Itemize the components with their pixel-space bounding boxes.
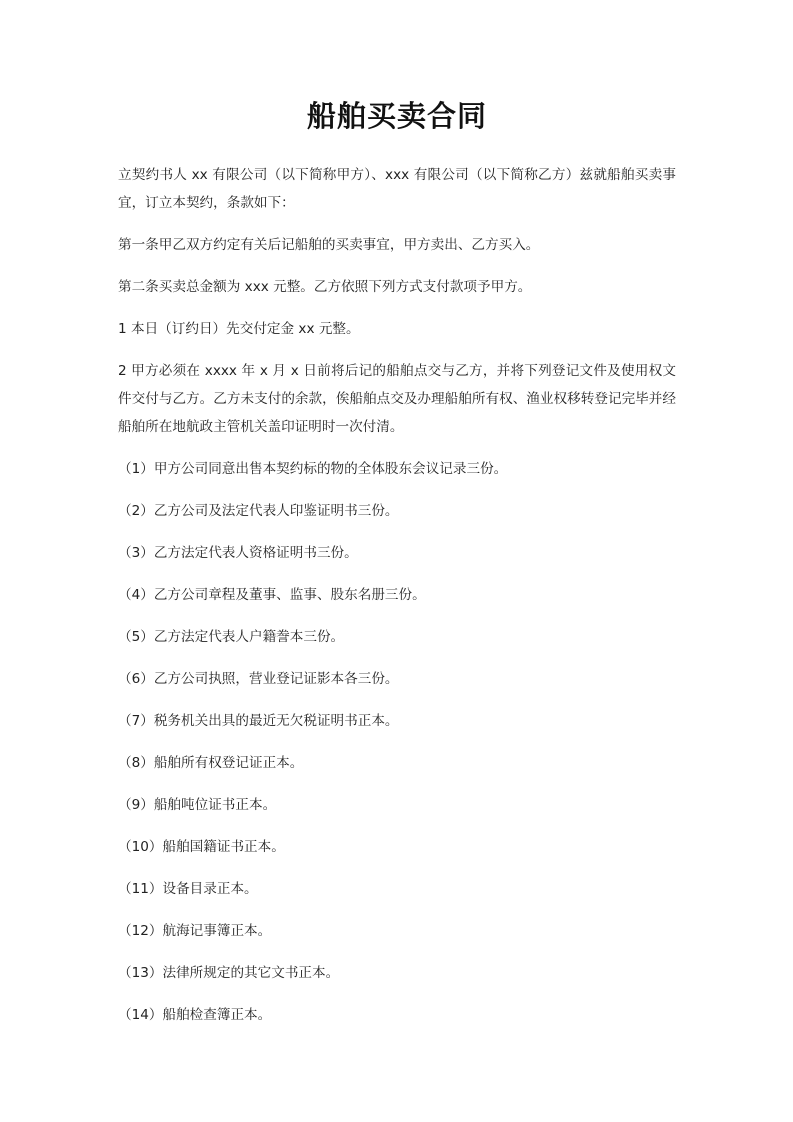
list-item-number: （1） [118,455,154,483]
list-item-text: 乙方法定代表人资格证明书三份。 [154,545,358,561]
list-item: （13）法律所规定的其它文书正本。 [118,959,676,987]
list-item-number: （13） [118,959,163,987]
list-item: （12）航海记事簿正本。 [118,917,676,945]
preamble-paragraph: 立契约书人 xx 有限公司（以下简称甲方）、xxx 有限公司（以下简称乙方）兹就… [118,161,676,217]
document-title: 船舶买卖合同 [118,96,676,136]
list-item-number: （9） [118,791,154,819]
list-item-text: 航海记事簿正本。 [163,923,272,939]
list-item-text: 设备目录正本。 [163,881,258,897]
list-item: （4）乙方公司章程及董事、监事、股东名册三份。 [118,581,676,609]
list-item-number: （6） [118,665,154,693]
list-item-number: （3） [118,539,154,567]
payment-term-1: 1 本日（订约日）先交付定金 xx 元整。 [118,315,676,343]
list-item-text: 乙方公司执照，营业登记证影本各三份。 [154,671,399,687]
list-item: （10）船舶国籍证书正本。 [118,833,676,861]
list-item-number: （7） [118,707,154,735]
list-item-text: 法律所规定的其它文书正本。 [163,965,340,981]
list-item-text: 船舶检查簿正本。 [163,1007,272,1023]
payment-term-2: 2 甲方必须在 xxxx 年 x 月 x 日前将后记的船舶点交与乙方，并将下列登… [118,357,676,441]
list-item-text: 乙方公司章程及董事、监事、股东名册三份。 [154,587,426,603]
list-item-text: 船舶所有权登记证正本。 [154,755,304,771]
document-body: 立契约书人 xx 有限公司（以下简称甲方）、xxx 有限公司（以下简称乙方）兹就… [118,161,676,1043]
article-1-paragraph: 第一条甲乙双方约定有关后记船舶的买卖事宜，甲方卖出、乙方买入。 [118,231,676,259]
list-item-number: （12） [118,917,163,945]
list-item: （6）乙方公司执照，营业登记证影本各三份。 [118,665,676,693]
list-item-text: 税务机关出具的最近无欠税证明书正本。 [154,713,399,729]
list-item: （5）乙方法定代表人户籍誊本三份。 [118,623,676,651]
list-item-number: （4） [118,581,154,609]
list-item: （2）乙方公司及法定代表人印鉴证明书三份。 [118,497,676,525]
list-item-number: （11） [118,875,163,903]
list-item-number: （8） [118,749,154,777]
list-item-text: 乙方法定代表人户籍誊本三份。 [154,629,344,645]
list-item-text: 乙方公司及法定代表人印鉴证明书三份。 [154,503,399,519]
list-item-number: （14） [118,1001,163,1029]
list-item: （8）船舶所有权登记证正本。 [118,749,676,777]
list-item: （7）税务机关出具的最近无欠税证明书正本。 [118,707,676,735]
list-item-text: 甲方公司同意出售本契约标的物的全体股东会议记录三份。 [154,461,507,477]
list-item-number: （5） [118,623,154,651]
list-item-text: 船舶吨位证书正本。 [154,797,276,813]
list-item-number: （2） [118,497,154,525]
list-item: （9）船舶吨位证书正本。 [118,791,676,819]
list-item: （14）船舶检查簿正本。 [118,1001,676,1029]
article-2-paragraph: 第二条买卖总金额为 xxx 元整。乙方依照下列方式支付款项予甲方。 [118,273,676,301]
list-item: （3）乙方法定代表人资格证明书三份。 [118,539,676,567]
list-item: （1）甲方公司同意出售本契约标的物的全体股东会议记录三份。 [118,455,676,483]
list-item: （11）设备目录正本。 [118,875,676,903]
required-documents-list: （1）甲方公司同意出售本契约标的物的全体股东会议记录三份。 （2）乙方公司及法定… [118,455,676,1029]
list-item-number: （10） [118,833,163,861]
list-item-text: 船舶国籍证书正本。 [163,839,285,855]
